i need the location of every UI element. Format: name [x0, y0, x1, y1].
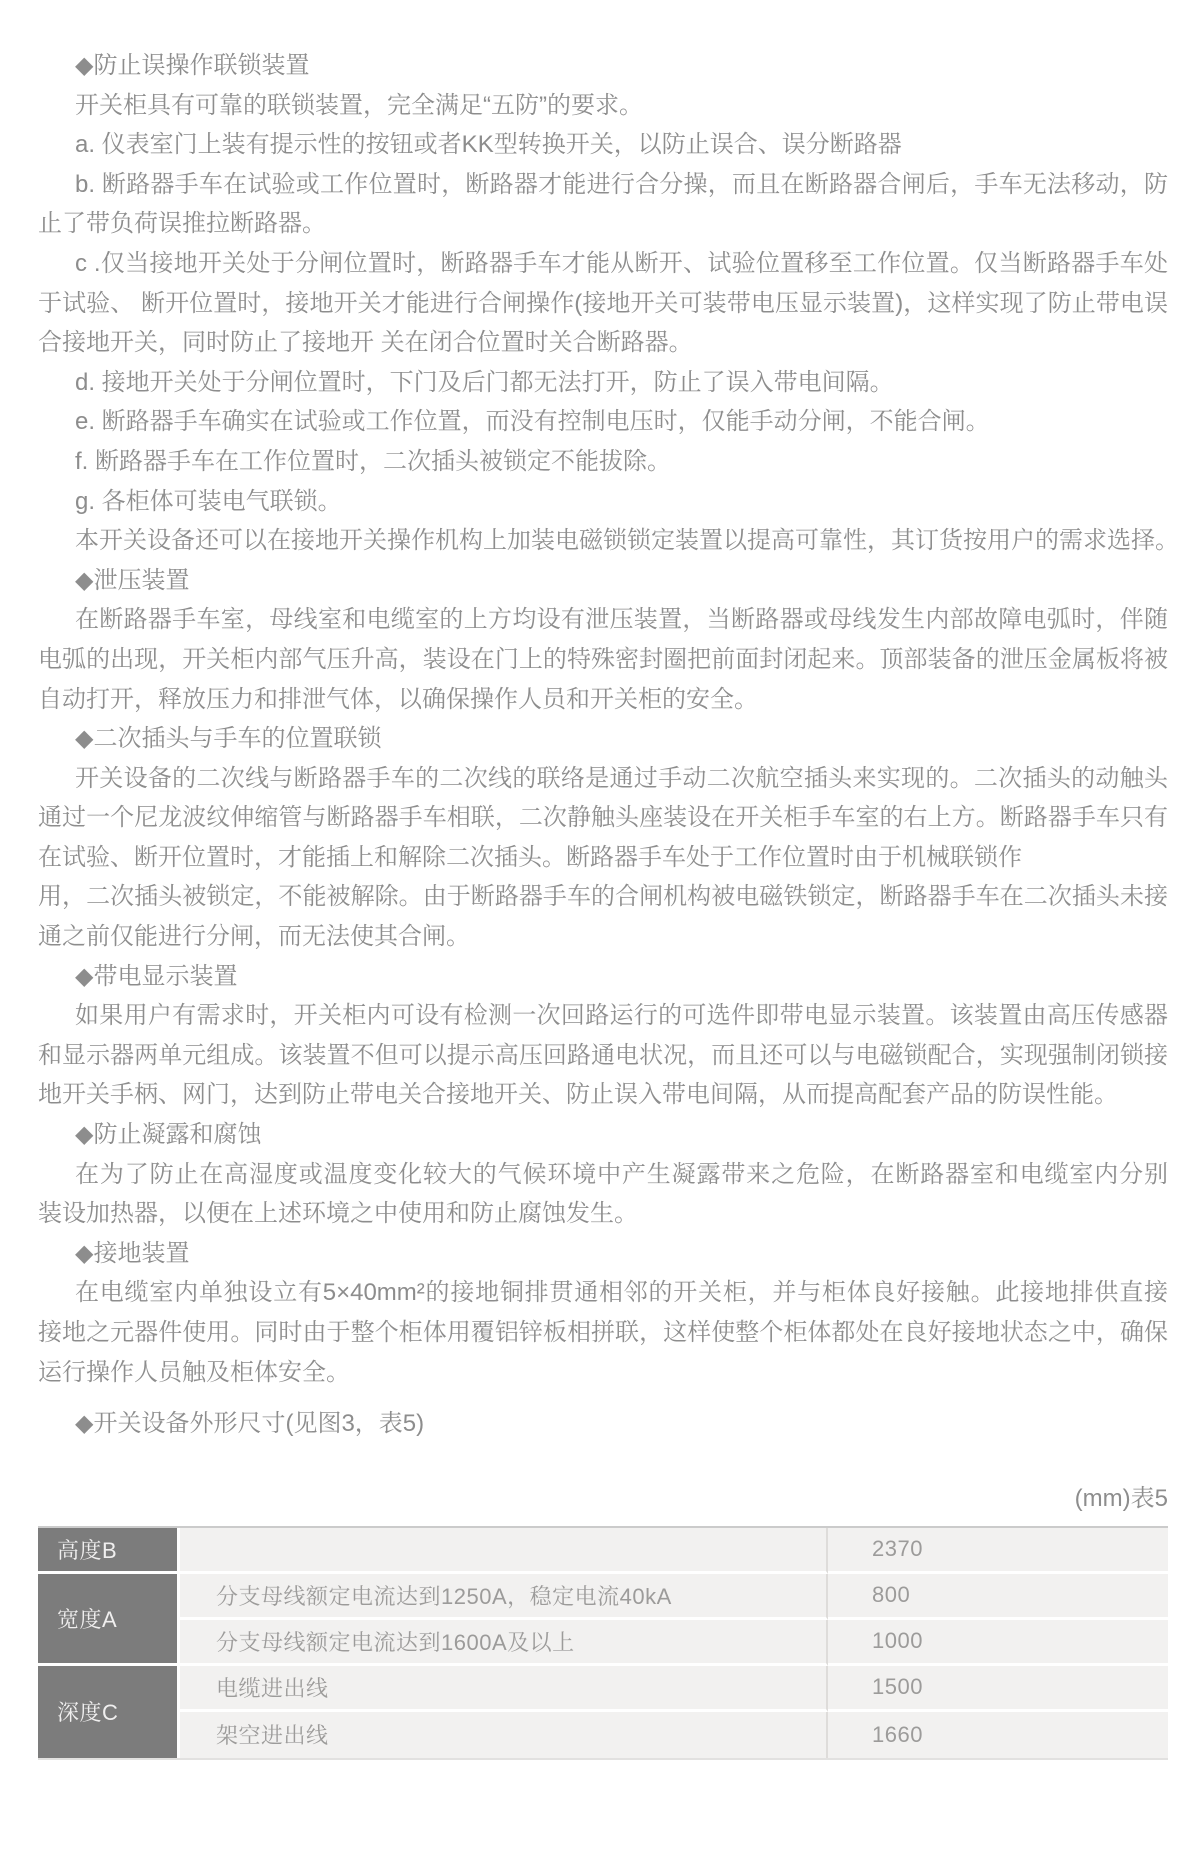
value-cell: 1660	[828, 1712, 1168, 1758]
doc-line: 于试验、 断开位置时，接地开关才能进行合闸操作(接地开关可装带电压显示装置)，这…	[38, 284, 1168, 324]
doc-line: 运行操作人员触及柜体安全。	[38, 1353, 1168, 1393]
doc-line: 通过一个尼龙波纹伸缩管与断路器手车相联，二次静触头座装设在开关柜手车室的右上方。…	[38, 798, 1168, 838]
spec-cell: 分支母线额定电流达到1600A及以上	[180, 1620, 828, 1666]
value-cell: 2370	[828, 1528, 1168, 1574]
paragraph-line: 在为了防止在高湿度或温度变化较大的气候环境中产生凝露带来之危险，在断路器室和电缆…	[38, 1155, 1168, 1195]
paragraph-line: 在断路器手车室，母线室和电缆室的上方均设有泄压装置，当断路器或母线发生内部故障电…	[38, 600, 1168, 640]
spec-cell: 电缆进出线	[180, 1666, 828, 1712]
paragraph-line: 开关设备的二次线与断路器手车的二次线的联络是通过手动二次航空插头来实现的。二次插…	[38, 759, 1168, 799]
table-label: (mm)表5	[38, 1484, 1168, 1514]
section-heading: ◆开关设备外形尺寸(见图3，表5)	[38, 1404, 1168, 1444]
value-cell: 800	[828, 1574, 1168, 1620]
paragraph-line: a. 仪表室门上装有提示性的按钮或者KK型转换开关，以防止误合、误分断路器	[38, 125, 1168, 165]
value-cell: 1500	[828, 1666, 1168, 1712]
doc-line: 自动打开，释放压力和排泄气体，以确保操作人员和开关柜的安全。	[38, 680, 1168, 720]
doc-line: 装设加热器，以便在上述环境之中使用和防止腐蚀发生。	[38, 1194, 1168, 1234]
row-group-header-height: 高度B	[38, 1528, 180, 1574]
spec-cell: 分支母线额定电流达到1250A，稳定电流40kA	[180, 1574, 828, 1620]
doc-line: 地开关手柄、网门，达到防止带电关合接地开关、防止误入带电间隔，从而提高配套产品的…	[38, 1075, 1168, 1115]
spec-cell: 架空进出线	[180, 1712, 828, 1758]
section-heading: ◆泄压装置	[38, 561, 1168, 601]
section-heading: ◆接地装置	[38, 1234, 1168, 1274]
paragraph-line: b. 断路器手车在试验或工作位置时，断路器才能进行合分操，而且在断路器合闸后，手…	[38, 165, 1168, 205]
doc-line: 在试验、断开位置时，才能插上和解除二次插头。断路器手车处于工作位置时由于机械联锁…	[38, 838, 1168, 878]
paragraph-line: 本开关设备还可以在接地开关操作机构上加装电磁锁锁定装置以提高可靠性，其订货按用户…	[38, 521, 1168, 561]
doc-line: 通之前仅能进行分闸，而无法使其合闸。	[38, 917, 1168, 957]
doc-line: 用，二次插头被锁定，不能被解除。由于断路器手车的合闸机构被电磁铁锁定，断路器手车…	[38, 877, 1168, 917]
doc-line: 接地之元器件使用。同时由于整个柜体用覆铝锌板相拼联，这样使整个柜体都处在良好接地…	[38, 1313, 1168, 1353]
paragraph-line: 开关柜具有可靠的联锁装置，完全满足“五防”的要求。	[38, 86, 1168, 126]
value-cell: 1000	[828, 1620, 1168, 1666]
paragraph-line: 在电缆室内单独设立有5×40mm²的接地铜排贯通相邻的开关柜，并与柜体良好接触。…	[38, 1273, 1168, 1313]
section-heading: ◆防止凝露和腐蚀	[38, 1115, 1168, 1155]
section-heading: ◆带电显示装置	[38, 957, 1168, 997]
paragraph-line: e. 断路器手车确实在试验或工作位置，而没有控制电压时，仅能手动分闸，不能合闸。	[38, 402, 1168, 442]
paragraph-line: g. 各柜体可装电气联锁。	[38, 482, 1168, 522]
doc-line: 合接地开关，同时防止了接地开 关在闭合位置时关合断路器。	[38, 323, 1168, 363]
doc-line: 电弧的出现，开关柜内部气压升高，装设在门上的特殊密封圈把前面封闭起来。顶部装备的…	[38, 640, 1168, 680]
doc-line: 和显示器两单元组成。该装置不但可以提示高压回路通电状况，而且还可以与电磁锁配合，…	[38, 1036, 1168, 1076]
paragraph-line: f. 断路器手车在工作位置时，二次插头被锁定不能拔除。	[38, 442, 1168, 482]
doc-line: 止了带负荷误推拉断路器。	[38, 204, 1168, 244]
section-heading: ◆防止误操作联锁装置	[38, 46, 1168, 86]
paragraph-line: 如果用户有需求时，开关柜内可设有检测一次回路运行的可选件即带电显示装置。该装置由…	[38, 996, 1168, 1036]
row-group-header-depth: 深度C	[38, 1666, 180, 1758]
paragraph-line: c .仅当接地开关处于分闸位置时，断路器手车才能从断开、试验位置移至工作位置。仅…	[38, 244, 1168, 284]
section-heading: ◆二次插头与手车的位置联锁	[38, 719, 1168, 759]
dimensions-table: 高度B 2370 宽度A 分支母线额定电流达到1250A，稳定电流40kA 80…	[38, 1526, 1168, 1760]
row-group-header-width: 宽度A	[38, 1574, 180, 1666]
document-page: ◆防止误操作联锁装置 开关柜具有可靠的联锁装置，完全满足“五防”的要求。 a. …	[0, 0, 1200, 1760]
spec-cell	[180, 1528, 828, 1574]
paragraph-line: d. 接地开关处于分闸位置时，下门及后门都无法打开，防止了误入带电间隔。	[38, 363, 1168, 403]
